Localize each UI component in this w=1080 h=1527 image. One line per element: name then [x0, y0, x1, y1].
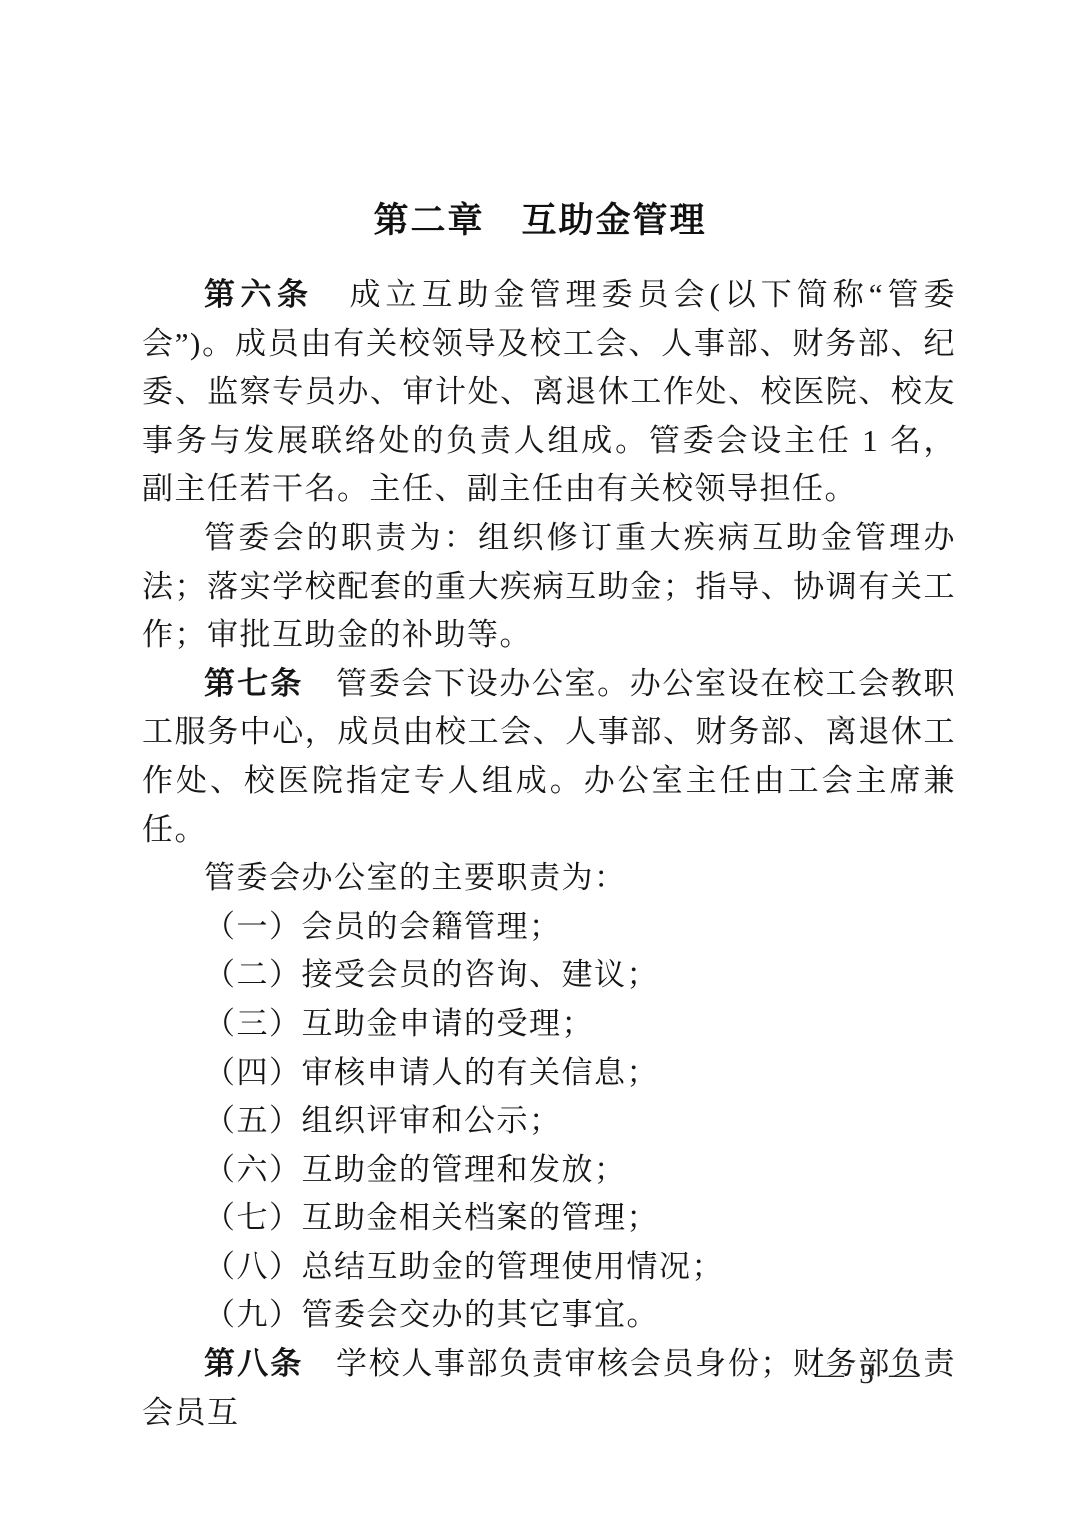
- paragraph-office-duties-intro: 管委会办公室的主要职责为：: [142, 854, 956, 903]
- page-number: — 3 —: [815, 1358, 922, 1391]
- list-item-3: （三）互助金申请的受理；: [142, 1000, 956, 1049]
- article-7-label: 第七条: [204, 666, 303, 701]
- paragraph-article-6: 第六条 成立互助金管理委员会(以下简称“管委会”)。成员由有关校领导及校工会、人…: [142, 271, 956, 514]
- list-item-1: （一）会员的会籍管理；: [142, 903, 956, 952]
- document-body: 第六条 成立互助金管理委员会(以下简称“管委会”)。成员由有关校领导及校工会、人…: [142, 271, 956, 1437]
- document-page: 第二章 互助金管理 第六条 成立互助金管理委员会(以下简称“管委会”)。成员由有…: [0, 0, 1080, 1527]
- committee-duties-text: 管委会的职责为：组织修订重大疾病互助金管理办法；落实学校配套的重大疾病互助金；指…: [142, 520, 956, 652]
- list-item-9: （九）管委会交办的其它事宜。: [142, 1291, 956, 1340]
- list-item-6: （六）互助金的管理和发放；: [142, 1146, 956, 1195]
- list-item-8: （八）总结互助金的管理使用情况；: [142, 1243, 956, 1292]
- list-item-2: （二）接受会员的咨询、建议；: [142, 951, 956, 1000]
- article-8-label: 第八条: [204, 1346, 303, 1381]
- paragraph-committee-duties: 管委会的职责为：组织修订重大疾病互助金管理办法；落实学校配套的重大疾病互助金；指…: [142, 514, 956, 660]
- list-item-5: （五）组织评审和公示；: [142, 1097, 956, 1146]
- office-duties-intro-text: 管委会办公室的主要职责为：: [204, 860, 627, 895]
- list-item-7: （七）互助金相关档案的管理；: [142, 1194, 956, 1243]
- paragraph-article-7: 第七条 管委会下设办公室。办公室设在校工会教职工服务中心，成员由校工会、人事部、…: [142, 660, 956, 854]
- article-6-label: 第六条: [204, 277, 314, 312]
- list-item-4: （四）审核申请人的有关信息；: [142, 1049, 956, 1098]
- chapter-title: 第二章 互助金管理: [0, 193, 1080, 243]
